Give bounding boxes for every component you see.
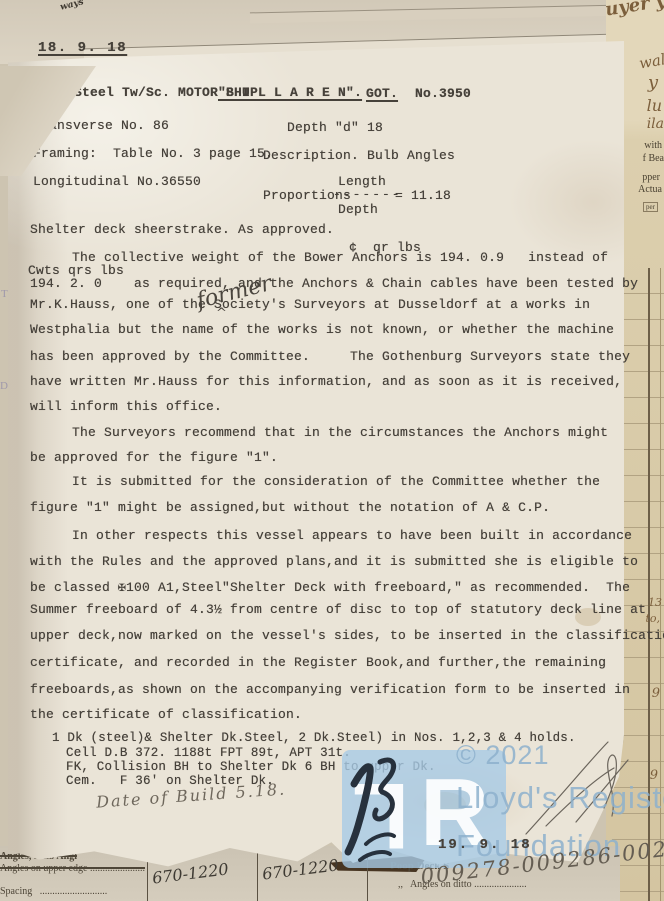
- body-line: freeboards,as shown on the accompanying …: [30, 683, 630, 698]
- form-rule-vertical: [257, 848, 258, 901]
- print-fragment: pper: [642, 172, 660, 183]
- print-fragment: f Bea: [643, 153, 664, 164]
- insertion-caret: ^: [216, 306, 227, 321]
- watermark-copyright: © 2021: [456, 740, 549, 771]
- ink-offset-mark: T: [1, 288, 8, 300]
- body-line: Shelter deck sheerstrake. As approved.: [30, 223, 334, 238]
- body-line: upper deck,now marked on the vessel's si…: [30, 629, 664, 644]
- received-date: 19. 9. 18: [438, 837, 532, 853]
- spec-depth: Depth "d" 18: [287, 121, 383, 136]
- print-fragment: Actua: [638, 184, 662, 195]
- scanned-document-photo: ways uyer yo wall y lu ila with f Bea pp…: [0, 0, 664, 901]
- summary-line-tanks: Cell D.B 372. 1188t FPT 89t, APT 31t.: [66, 746, 351, 760]
- port-code: GOT.: [366, 87, 398, 102]
- case-number: No.3950: [415, 87, 471, 102]
- body-line: Summer freeboard of 4.3½ from centre of …: [30, 603, 646, 618]
- handwriting-fragment: to,: [645, 612, 660, 625]
- body-line: The collective weight of the Bower Ancho…: [72, 251, 608, 266]
- form-label-spacing: Spacing ...........................: [0, 886, 107, 897]
- body-line: It is submitted for the consideration of…: [72, 475, 600, 490]
- proportions-fraction-bar: -------: [333, 188, 402, 203]
- body-line: be approved for the figure "1".: [30, 451, 278, 466]
- handwriting-fragment: 13: [648, 596, 662, 609]
- body-line: be classed ✠100 A1,Steel"Shelter Deck wi…: [30, 581, 630, 596]
- body-line: has been approved by the Committee. The …: [30, 350, 630, 365]
- print-fragment: per: [643, 202, 658, 212]
- proportions-value: = 11.18: [395, 189, 451, 204]
- body-line: will inform this office.: [30, 400, 222, 415]
- handwriting-fragment: 9: [652, 686, 660, 701]
- body-line: Westphalia but the name of the works is …: [30, 323, 614, 338]
- handwriting-fragment: lu: [647, 96, 662, 115]
- body-line: certificate, and recorded in the Registe…: [30, 656, 606, 671]
- vessel-name: "B U L L A R E N".: [218, 86, 362, 101]
- body-line: the certificate of classification.: [30, 708, 302, 723]
- watermark-name-line1: Lloyd's Register: [456, 780, 664, 816]
- body-line: In other respects this vessel appears to…: [72, 529, 632, 544]
- print-fragment: with: [644, 140, 662, 151]
- form-label-angles-upper-edge: Angles on upper edge ...................…: [0, 863, 145, 874]
- body-line: with the Rules and the approved plans,an…: [30, 555, 638, 570]
- body-line: Mr.K.Hauss, one of the Society's Surveyo…: [30, 298, 590, 313]
- proportions-denominator: Depth: [338, 203, 378, 218]
- spec-framing: Framing: Table No. 3 page 15.: [33, 147, 273, 162]
- body-line: 194. 2. 0 as required, and the Anchors &…: [30, 277, 638, 292]
- body-line: The Surveyors recommend that in the circ…: [72, 426, 608, 441]
- handwriting-fragment: y: [648, 72, 658, 93]
- report-date: 18. 9. 18: [38, 40, 127, 56]
- spec-longitudinal: Longitudinal No.36550: [33, 175, 201, 190]
- ink-scribble: [336, 748, 414, 876]
- body-line: have written Mr.Hauss for this informati…: [30, 375, 622, 390]
- body-line: figure "1" might be assigned,but without…: [30, 501, 550, 516]
- spec-description: Description. Bulb Angles: [263, 149, 455, 164]
- handwriting-fragment: ila: [647, 116, 664, 132]
